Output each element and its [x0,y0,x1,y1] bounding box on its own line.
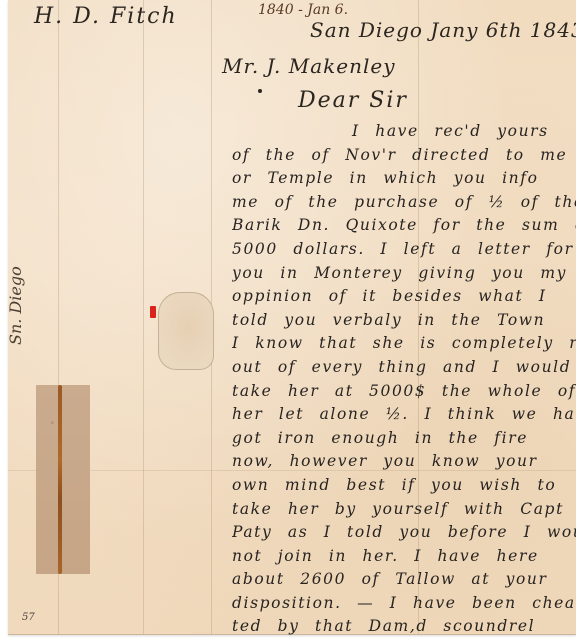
body-line: Paty as I told you before I wou [232,523,576,547]
body-line: got iron enough in the fire [232,429,576,453]
body-line: me of the purchase of ½ of the [232,193,576,217]
red-wax-fragment [150,306,156,318]
body-line: Barik Dn. Quixote for the sum of [232,216,576,240]
fold-line [143,0,144,634]
body-line: I know that she is completely run [232,334,576,358]
rust-stain-patch [36,385,90,574]
body-line: now, however you know your [232,452,576,476]
body-line: take her by yourself with Capt [232,500,576,524]
page-number: 57 [22,612,35,623]
body-line: or Temple in which you info [232,169,576,193]
rust-stain-line [58,385,62,574]
body-line: oppinion of it besides what I [232,287,576,311]
body-line: own mind best if you wish to [232,476,576,500]
body-line: not join in her. I have here [232,547,576,571]
side-docket: Sn. Diego [6,266,25,345]
body-line: I have rec'd yours [232,122,576,146]
ink-dot [258,89,262,93]
body-line: take her at 5000$ the whole of [232,382,576,406]
body-line: her let alone ½. I think we hav [232,405,576,429]
salutation: Dear Sir [298,88,408,113]
body-line: told you verbaly in the Town [232,311,576,335]
body-line: disposition. — I have been chea [232,594,576,618]
place-date-line: San Diego Jany 6th 1843 [310,18,576,42]
signature: H. D. Fitch [34,4,178,29]
body-line: you in Monterey giving you my [232,264,576,288]
wax-seal-remnant [158,292,214,370]
body-line: ted by that Dam,d scoundrel [232,617,576,638]
body-line: 5000 dollars. I left a letter for [232,240,576,264]
body-line: of the of Nov'r directed to me [232,146,576,170]
body-line: out of every thing and I would n [232,358,576,382]
docket-date: 1840 - Jan 6. [258,2,348,18]
letter-body: I have rec'd yours of the of Nov'r direc… [232,122,576,638]
body-line: about 2600 of Tallow at your [232,570,576,594]
addressee: Mr. J. Makenley [222,54,396,78]
